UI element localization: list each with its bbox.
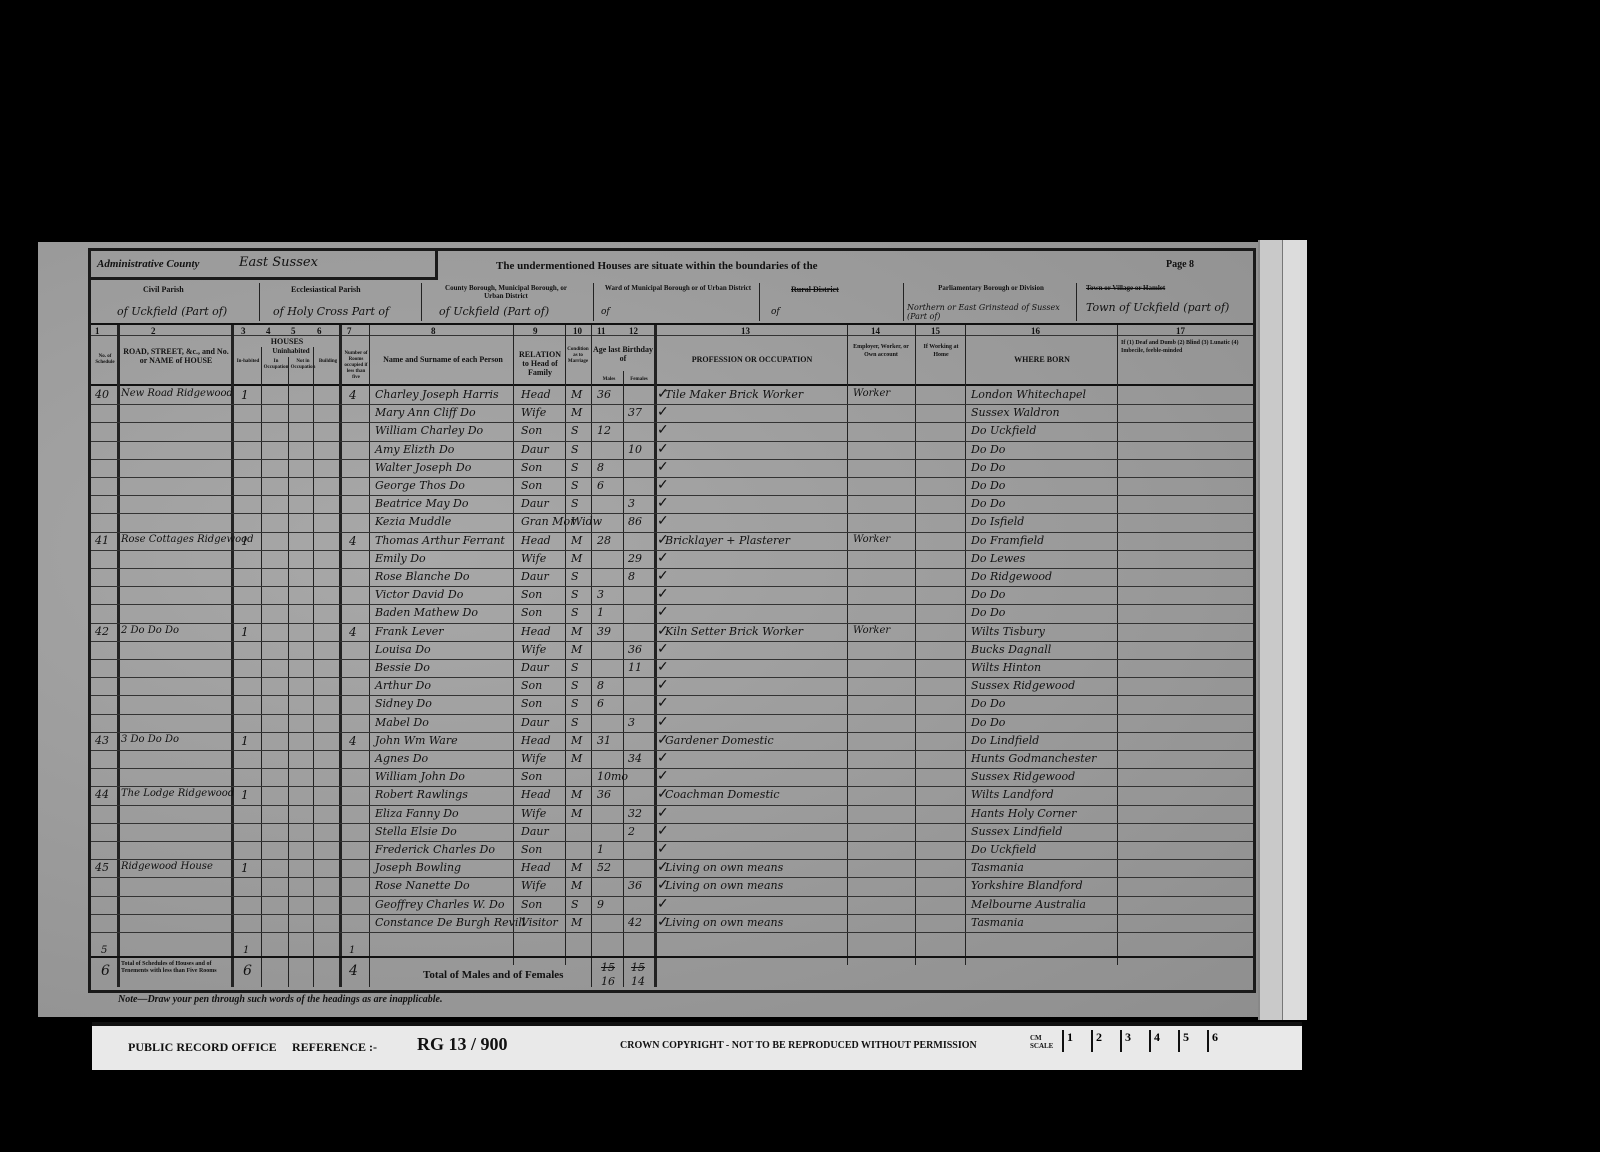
cell-f: 2 bbox=[628, 825, 635, 838]
cell-inhab: 1 bbox=[241, 734, 249, 748]
reference-label: REFERENCE :- bbox=[292, 1040, 377, 1055]
col-occupation: PROFESSION OR OCCUPATION bbox=[657, 355, 847, 364]
check-mark-icon: ✓ bbox=[657, 550, 669, 567]
table-row: Stella Elsie DoDaur2Sussex Lindfield✓ bbox=[91, 823, 1253, 841]
cell-born: Wilts Hinton bbox=[971, 661, 1041, 674]
cell-cond: S bbox=[571, 679, 579, 692]
table-row: 422 Do Do Do14Frank LeverHeadM39Kiln Set… bbox=[91, 623, 1253, 641]
scale-mark: 1 bbox=[1062, 1030, 1090, 1052]
cell-m: 36 bbox=[597, 788, 611, 801]
col-houses: HOUSES bbox=[237, 337, 337, 346]
cell-road: The Lodge Ridgewood bbox=[121, 788, 234, 799]
cell-born: Do Do bbox=[971, 588, 1005, 601]
cell-occ: Living on own means bbox=[665, 861, 783, 874]
total-females-top: 15 bbox=[631, 961, 645, 974]
cell-m: 36 bbox=[597, 388, 611, 401]
column-number: 10 bbox=[573, 326, 582, 336]
cell-cond: M bbox=[571, 861, 582, 874]
table-row: Walter Joseph DoSonS8Do Do✓ bbox=[91, 459, 1253, 477]
civil-parish-label: Civil Parish bbox=[143, 285, 184, 294]
cell-f: 32 bbox=[628, 807, 642, 820]
cell-name: Bessie Do bbox=[375, 661, 430, 674]
cell-cond: S bbox=[571, 697, 579, 710]
check-mark-icon: ✓ bbox=[657, 404, 669, 421]
table-row: Frederick Charles DoSon1Do Uckfield✓ bbox=[91, 841, 1253, 859]
cell-born: Sussex Lindfield bbox=[971, 825, 1062, 838]
cell-name: Rose Blanche Do bbox=[375, 570, 470, 583]
page-number: Page 8 bbox=[1166, 259, 1194, 270]
cell-f: 86 bbox=[628, 515, 642, 528]
check-mark-icon: ✓ bbox=[657, 750, 669, 767]
cell-cond: M bbox=[571, 534, 582, 547]
check-mark-icon: ✓ bbox=[657, 714, 669, 731]
cell-occ: Tile Maker Brick Worker bbox=[665, 388, 803, 401]
total-females: 14 bbox=[631, 975, 645, 988]
total-rooms-top: 1 bbox=[349, 945, 355, 956]
cell-born: Do Do bbox=[971, 479, 1005, 492]
cell-rel: Visitor bbox=[521, 916, 558, 929]
cell-name: Baden Mathew Do bbox=[375, 606, 478, 619]
cell-m: 28 bbox=[597, 534, 611, 547]
check-mark-icon: ✓ bbox=[657, 823, 669, 840]
cell-rel: Wife bbox=[521, 643, 546, 656]
cell-rel: Daur bbox=[521, 497, 549, 510]
scale-mark: 2 bbox=[1091, 1030, 1119, 1052]
check-mark-icon: ✓ bbox=[657, 641, 669, 658]
table-row: 41Rose Cottages Ridgewood14Thomas Arthur… bbox=[91, 532, 1253, 550]
cell-sched: 42 bbox=[95, 625, 109, 638]
column-number: 15 bbox=[931, 326, 940, 336]
scale-mark: 4 bbox=[1149, 1030, 1177, 1052]
check-mark-icon: ✓ bbox=[657, 859, 669, 876]
cell-rel: Wife bbox=[521, 406, 546, 419]
cell-born: Yorkshire Blandford bbox=[971, 879, 1083, 892]
total-inhabited: 6 bbox=[243, 963, 252, 979]
cell-name: Frederick Charles Do bbox=[375, 843, 495, 856]
cell-inhab: 1 bbox=[241, 625, 249, 639]
cell-rel: Daur bbox=[521, 825, 549, 838]
cell-sched: 45 bbox=[95, 861, 109, 874]
rural-district-value: of bbox=[771, 307, 780, 317]
col-road: ROAD, STREET, &c., and No. or NAME of HO… bbox=[119, 347, 233, 365]
cell-rel: Head bbox=[521, 388, 551, 401]
cell-rel: Son bbox=[521, 588, 542, 601]
col-name: Name and Surname of each Person bbox=[373, 355, 513, 364]
table-row: Rose Nanette DoWifeM36Living on own mean… bbox=[91, 877, 1253, 895]
cell-f: 34 bbox=[628, 752, 642, 765]
cell-m: 31 bbox=[597, 734, 611, 747]
cell-cond: S bbox=[571, 497, 579, 510]
note-text: Note—Draw your pen through such words of… bbox=[118, 994, 443, 1005]
cell-rel: Head bbox=[521, 788, 551, 801]
ward-label: Ward of Municipal Borough or of Urban Di… bbox=[603, 284, 753, 292]
cell-name: Stella Elsie Do bbox=[375, 825, 457, 838]
cell-rooms: 4 bbox=[349, 534, 357, 548]
check-mark-icon: ✓ bbox=[657, 914, 669, 931]
cell-m: 39 bbox=[597, 625, 611, 638]
cell-cond: S bbox=[571, 606, 579, 619]
cell-name: Mary Ann Cliff Do bbox=[375, 406, 476, 419]
town-value: Town of Uckfield (part of) bbox=[1086, 301, 1229, 314]
cell-name: Thomas Arthur Ferrant bbox=[375, 534, 505, 547]
cell-road: New Road Ridgewood bbox=[121, 388, 233, 399]
cell-f: 3 bbox=[628, 497, 635, 510]
cell-m: 6 bbox=[597, 697, 604, 710]
cell-name: John Wm Ware bbox=[375, 734, 458, 747]
cell-cond: S bbox=[571, 461, 579, 474]
scale-mark: 5 bbox=[1178, 1030, 1206, 1052]
cell-emp: Worker bbox=[853, 625, 890, 636]
column-number: 5 bbox=[291, 326, 296, 336]
cell-born: Do Do bbox=[971, 606, 1005, 619]
table-row: 45Ridgewood House1Joseph BowlingHeadM52L… bbox=[91, 859, 1253, 877]
table-row: Agnes DoWifeM34Hunts Godmanchester✓ bbox=[91, 750, 1253, 768]
cell-cond: M bbox=[571, 807, 582, 820]
total-males-top: 15 bbox=[601, 961, 615, 974]
cell-rel: Head bbox=[521, 861, 551, 874]
scale-mark: 6 bbox=[1207, 1030, 1235, 1052]
cell-born: London Whitechapel bbox=[971, 388, 1086, 401]
column-number: 11 bbox=[597, 326, 606, 336]
cell-rel: Son bbox=[521, 479, 542, 492]
table-row: Bessie DoDaurS11Wilts Hinton✓ bbox=[91, 659, 1253, 677]
col-age: Age last Birthday of bbox=[593, 345, 653, 363]
cell-rel: Son bbox=[521, 424, 542, 437]
cell-occ: Living on own means bbox=[665, 879, 783, 892]
cell-rel: Son bbox=[521, 770, 542, 783]
cell-sched: 40 bbox=[95, 388, 109, 401]
cell-name: Rose Nanette Do bbox=[375, 879, 470, 892]
page-edge-fold bbox=[1282, 240, 1307, 1020]
cell-rel: Son bbox=[521, 898, 542, 911]
cell-born: Do Lewes bbox=[971, 552, 1025, 565]
table-row: Victor David DoSonS3Do Do✓ bbox=[91, 586, 1253, 604]
table-row: Baden Mathew DoSonS1Do Do✓ bbox=[91, 604, 1253, 622]
check-mark-icon: ✓ bbox=[657, 586, 669, 603]
check-mark-icon: ✓ bbox=[657, 786, 669, 803]
table-row: Rose Blanche DoDaurS8Do Ridgewood✓ bbox=[91, 568, 1253, 586]
check-mark-icon: ✓ bbox=[657, 441, 669, 458]
cell-cond: M bbox=[571, 734, 582, 747]
table-row: 44The Lodge Ridgewood1Robert RawlingsHea… bbox=[91, 786, 1253, 804]
cell-rel: Wife bbox=[521, 879, 546, 892]
cell-born: Do Uckfield bbox=[971, 424, 1036, 437]
check-mark-icon: ✓ bbox=[657, 659, 669, 676]
cell-f: 29 bbox=[628, 552, 642, 565]
cell-name: Frank Lever bbox=[375, 625, 444, 638]
cell-f: 10 bbox=[628, 443, 642, 456]
col-schedule: No. of Schedule bbox=[93, 354, 117, 366]
cell-name: William John Do bbox=[375, 770, 465, 783]
eccl-parish-value: of Holy Cross Part of bbox=[273, 305, 389, 318]
cell-cond: Widw bbox=[571, 515, 602, 528]
cell-rel: Son bbox=[521, 697, 542, 710]
column-number: 7 bbox=[347, 326, 352, 336]
cell-name: Amy Elizth Do bbox=[375, 443, 454, 456]
cell-m: 1 bbox=[597, 606, 604, 619]
cell-name: Emily Do bbox=[375, 552, 426, 565]
eccl-parish-label: Ecclesiastical Parish bbox=[291, 285, 361, 294]
cell-f: 3 bbox=[628, 716, 635, 729]
cell-cond: M bbox=[571, 643, 582, 656]
cell-f: 36 bbox=[628, 643, 642, 656]
table-row: Arthur DoSonS8Sussex Ridgewood✓ bbox=[91, 677, 1253, 695]
cell-cond: S bbox=[571, 424, 579, 437]
total-rooms: 4 bbox=[349, 963, 358, 979]
cell-rooms: 4 bbox=[349, 625, 357, 639]
check-mark-icon: ✓ bbox=[657, 896, 669, 913]
cell-name: William Charley Do bbox=[375, 424, 483, 437]
column-number: 4 bbox=[266, 326, 271, 336]
cell-name: Charley Joseph Harris bbox=[375, 388, 499, 401]
table-row: Kezia MuddleGran MorWidw86Do Isfield✓ bbox=[91, 513, 1253, 531]
table-row: 40New Road Ridgewood14Charley Joseph Har… bbox=[91, 386, 1253, 404]
cell-name: Constance De Burgh Revill bbox=[375, 916, 525, 929]
table-row: Sidney DoSonS6Do Do✓ bbox=[91, 695, 1253, 713]
cell-born: Do Isfield bbox=[971, 515, 1024, 528]
table-row: Mabel DoDaurS3Do Do✓ bbox=[91, 714, 1253, 732]
cell-occ: Bricklayer + Plasterer bbox=[665, 534, 790, 547]
cell-name: Victor David Do bbox=[375, 588, 463, 601]
cell-cond: S bbox=[571, 443, 579, 456]
cell-rel: Head bbox=[521, 534, 551, 547]
cell-f: 11 bbox=[628, 661, 642, 674]
col-females: Females bbox=[625, 375, 653, 384]
table-row: William John DoSon10moSussex Ridgewood✓ bbox=[91, 768, 1253, 786]
cell-rel: Daur bbox=[521, 661, 549, 674]
admin-county-box: Administrative County East Sussex bbox=[91, 251, 438, 280]
cell-inhab: 1 bbox=[241, 861, 249, 875]
cell-name: Louisa Do bbox=[375, 643, 431, 656]
cell-born: Melbourne Australia bbox=[971, 898, 1086, 911]
column-number: 2 bbox=[151, 326, 156, 336]
check-mark-icon: ✓ bbox=[657, 877, 669, 894]
admin-county-value: East Sussex bbox=[239, 255, 318, 270]
check-mark-icon: ✓ bbox=[657, 459, 669, 476]
cell-cond: M bbox=[571, 406, 582, 419]
col-inhabited: In-habited bbox=[235, 359, 261, 365]
table-row: Mary Ann Cliff DoWifeM37Sussex Waldron✓ bbox=[91, 404, 1253, 422]
boundaries-text: The undermentioned Houses are situate wi… bbox=[496, 260, 818, 272]
cell-cond: M bbox=[571, 879, 582, 892]
cell-occ: Coachman Domestic bbox=[665, 788, 780, 801]
cell-inhab: 1 bbox=[241, 388, 249, 402]
check-mark-icon: ✓ bbox=[657, 477, 669, 494]
cell-cond: M bbox=[571, 916, 582, 929]
cell-born: Tasmania bbox=[971, 861, 1024, 874]
cell-born: Bucks Dagnall bbox=[971, 643, 1051, 656]
cell-inhab: 1 bbox=[241, 534, 249, 548]
cell-rel: Daur bbox=[521, 570, 549, 583]
cell-occ: Living on own means bbox=[665, 916, 783, 929]
cell-born: Tasmania bbox=[971, 916, 1024, 929]
cell-born: Do Do bbox=[971, 697, 1005, 710]
cell-cond: S bbox=[571, 898, 579, 911]
cell-m: 6 bbox=[597, 479, 604, 492]
col-males: Males bbox=[595, 375, 623, 384]
cell-name: Geoffrey Charles W. Do bbox=[375, 898, 505, 911]
cell-born: Do Do bbox=[971, 497, 1005, 510]
total-schedules: 6 bbox=[101, 963, 110, 979]
cell-m: 12 bbox=[597, 424, 611, 437]
cell-name: Kezia Muddle bbox=[375, 515, 451, 528]
cell-name: Robert Rawlings bbox=[375, 788, 468, 801]
county-borough-value: of Uckfield (Part of) bbox=[439, 305, 549, 318]
cell-m: 10mo bbox=[597, 770, 628, 783]
cell-born: Do Framfield bbox=[971, 534, 1044, 547]
cell-rel: Son bbox=[521, 843, 542, 856]
cell-road: 2 Do Do Do bbox=[121, 625, 179, 636]
cell-name: Walter Joseph Do bbox=[375, 461, 471, 474]
table-row: George Thos DoSonS6Do Do✓ bbox=[91, 477, 1253, 495]
check-mark-icon: ✓ bbox=[657, 532, 669, 549]
col-uninhabited: Uninhabited bbox=[263, 347, 319, 356]
cell-sched: 41 bbox=[95, 534, 109, 547]
scale-mark: 3 bbox=[1120, 1030, 1148, 1052]
check-mark-icon: ✓ bbox=[657, 841, 669, 858]
check-mark-icon: ✓ bbox=[657, 805, 669, 822]
cell-born: Do Ridgewood bbox=[971, 570, 1052, 583]
parliamentary-value: Northern or East Grinstead of Sussex (Pa… bbox=[907, 303, 1072, 321]
col-in-occupation: In Occupation bbox=[263, 359, 289, 371]
check-mark-icon: ✓ bbox=[657, 568, 669, 585]
total-schedules-top: 5 bbox=[101, 945, 107, 956]
cell-emp: Worker bbox=[853, 534, 890, 545]
cell-f: 37 bbox=[628, 406, 642, 419]
col-building: Building bbox=[315, 359, 341, 365]
cell-rel: Wife bbox=[521, 752, 546, 765]
cell-born: Do Lindfield bbox=[971, 734, 1039, 747]
rural-district-label: Rural District bbox=[791, 285, 839, 294]
cell-rel: Son bbox=[521, 679, 542, 692]
parliamentary-label: Parliamentary Borough or Division bbox=[916, 284, 1066, 292]
archive-footer: PUBLIC RECORD OFFICE REFERENCE :- RG 13 … bbox=[92, 1022, 1302, 1070]
check-mark-icon: ✓ bbox=[657, 695, 669, 712]
cell-emp: Worker bbox=[853, 388, 890, 399]
civil-parish-value: of Uckfield (Part of) bbox=[117, 305, 227, 318]
cell-m: 52 bbox=[597, 861, 611, 874]
cell-cond: S bbox=[571, 479, 579, 492]
table-row: William Charley DoSonS12Do Uckfield✓ bbox=[91, 422, 1253, 440]
totals-label: Total of Schedules of Houses and of Tene… bbox=[121, 961, 229, 975]
check-mark-icon: ✓ bbox=[657, 604, 669, 621]
check-mark-icon: ✓ bbox=[657, 677, 669, 694]
table-row: Beatrice May DoDaurS3Do Do✓ bbox=[91, 495, 1253, 513]
column-number: 17 bbox=[1176, 326, 1185, 336]
check-mark-icon: ✓ bbox=[657, 732, 669, 749]
col-relation: RELATION to Head of Family bbox=[515, 350, 565, 377]
table-row: Emily DoWifeM29Do Lewes✓ bbox=[91, 550, 1253, 568]
cell-cond: S bbox=[571, 661, 579, 674]
cell-born: Do Do bbox=[971, 716, 1005, 729]
table-row: Constance De Burgh RevillVisitorM42Livin… bbox=[91, 914, 1253, 932]
ward-value: of bbox=[601, 307, 610, 317]
table-row: 433 Do Do Do14John Wm WareHeadM31Gardene… bbox=[91, 732, 1253, 750]
table-row: Amy Elizth DoDaurS10Do Do✓ bbox=[91, 441, 1253, 459]
cell-m: 8 bbox=[597, 461, 604, 474]
cell-cond: M bbox=[571, 752, 582, 765]
cell-born: Sussex Waldron bbox=[971, 406, 1060, 419]
cell-born: Hants Holy Corner bbox=[971, 807, 1076, 820]
cell-occ: Kiln Setter Brick Worker bbox=[665, 625, 803, 638]
totals-males-females-label: Total of Males and of Females bbox=[423, 969, 563, 981]
column-number: 9 bbox=[533, 326, 538, 336]
column-number: 12 bbox=[629, 326, 638, 336]
column-number: 1 bbox=[95, 326, 100, 336]
cell-cond: M bbox=[571, 552, 582, 565]
cell-rel: Wife bbox=[521, 552, 546, 565]
cell-inhab: 1 bbox=[241, 788, 249, 802]
cell-cond: M bbox=[571, 788, 582, 801]
cell-road: Ridgewood House bbox=[121, 861, 213, 872]
copyright-notice: CROWN COPYRIGHT - NOT TO BE REPRODUCED W… bbox=[620, 1040, 977, 1051]
reference-value: RG 13 / 900 bbox=[417, 1034, 508, 1055]
cell-name: Mabel Do bbox=[375, 716, 429, 729]
cell-rel: Head bbox=[521, 734, 551, 747]
cell-born: Do Do bbox=[971, 443, 1005, 456]
col-rooms: Number of Rooms occupied if less than fi… bbox=[343, 351, 369, 381]
cell-rel: Wife bbox=[521, 807, 546, 820]
cell-name: Arthur Do bbox=[375, 679, 431, 692]
cell-f: 8 bbox=[628, 570, 635, 583]
cell-cond: M bbox=[571, 625, 582, 638]
cell-born: Do Uckfield bbox=[971, 843, 1036, 856]
column-number: 6 bbox=[317, 326, 322, 336]
cell-born: Wilts Landford bbox=[971, 788, 1054, 801]
census-form: Administrative County East Sussex The un… bbox=[88, 248, 1256, 993]
check-mark-icon: ✓ bbox=[657, 422, 669, 439]
cell-m: 8 bbox=[597, 679, 604, 692]
cell-cond: S bbox=[571, 588, 579, 601]
cell-rel: Son bbox=[521, 461, 542, 474]
table-row: Louisa DoWifeM36Bucks Dagnall✓ bbox=[91, 641, 1253, 659]
cell-rel: Gran Mor bbox=[521, 515, 575, 528]
office-label: PUBLIC RECORD OFFICE bbox=[128, 1040, 277, 1055]
table-row: Eliza Fanny DoWifeM32Hants Holy Corner✓ bbox=[91, 805, 1253, 823]
cell-occ: Gardener Domestic bbox=[665, 734, 774, 747]
column-number: 13 bbox=[741, 326, 750, 336]
col-condition: Condition as to Marriage bbox=[567, 347, 589, 365]
cell-sched: 43 bbox=[95, 734, 109, 747]
cell-born: Wilts Tisbury bbox=[971, 625, 1045, 638]
cell-name: Beatrice May Do bbox=[375, 497, 469, 510]
cell-rooms: 4 bbox=[349, 734, 357, 748]
column-number: 8 bbox=[431, 326, 436, 336]
cell-born: Hunts Godmanchester bbox=[971, 752, 1096, 765]
col-home: If Working at Home bbox=[917, 343, 965, 359]
cell-name: Agnes Do bbox=[375, 752, 428, 765]
table-row: Geoffrey Charles W. DoSonS9Melbourne Aus… bbox=[91, 896, 1253, 914]
cell-f: 42 bbox=[628, 916, 642, 929]
total-males: 16 bbox=[601, 975, 615, 988]
cell-road: Rose Cottages Ridgewood bbox=[121, 534, 254, 545]
check-mark-icon: ✓ bbox=[657, 623, 669, 640]
cell-born: Sussex Ridgewood bbox=[971, 679, 1075, 692]
cell-m: 3 bbox=[597, 588, 604, 601]
cell-m: 1 bbox=[597, 843, 604, 856]
col-employer: Employer, Worker, or Own account bbox=[849, 343, 913, 359]
cell-born: Sussex Ridgewood bbox=[971, 770, 1075, 783]
column-number: 16 bbox=[1031, 326, 1040, 336]
scale-label: CM SCALE bbox=[1030, 1034, 1056, 1050]
row-rule bbox=[91, 932, 1253, 933]
col-infirmity: If (1) Deaf and Dumb (2) Blind (3) Lunat… bbox=[1121, 339, 1249, 355]
cell-name: Eliza Fanny Do bbox=[375, 807, 459, 820]
cell-m: 9 bbox=[597, 898, 604, 911]
cell-road: 3 Do Do Do bbox=[121, 734, 179, 745]
cell-f: 36 bbox=[628, 879, 642, 892]
town-label: Town or Village or Hamlet bbox=[1086, 284, 1165, 292]
